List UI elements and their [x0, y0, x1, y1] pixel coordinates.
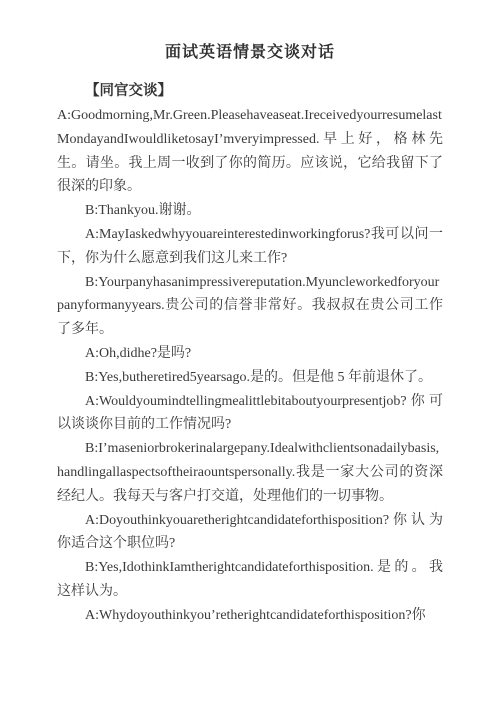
dialogue-paragraphs: A:Goodmorning,Mr.Green.Pleasehaveaseat.I… — [57, 104, 443, 628]
document-title: 面试英语情景交谈对话 — [57, 42, 443, 64]
dialogue-paragraph: B:I’maseniorbrokerinalargepany.Idealwith… — [57, 437, 443, 508]
dialogue-paragraph: B:Yourpanyhasanimpressivereputation.Myun… — [57, 271, 443, 342]
dialogue-paragraph: A:Doyouthinkyouaretherightcandidateforth… — [57, 509, 443, 557]
dialogue-paragraph: A:Oh,didhe?是吗? — [57, 342, 443, 366]
document-page: 面试英语情景交谈对话 【同官交谈】 A:Goodmorning,Mr.Green… — [0, 0, 500, 707]
dialogue-paragraph: B:Yes,IdothinkIamtherightcandidateforthi… — [57, 556, 443, 604]
dialogue-paragraph: A:Whydoyouthinkyou’retherightcandidatefo… — [57, 604, 443, 628]
dialogue-paragraph: B:Thankyou.谢谢。 — [57, 199, 443, 223]
section-header: 【同官交谈】 — [57, 78, 443, 104]
dialogue-paragraph: A:Goodmorning,Mr.Green.Pleasehaveaseat.I… — [57, 104, 443, 199]
dialogue-paragraph: A:MayIaskedwhyyouareinterestedinworkingf… — [57, 223, 443, 271]
dialogue-paragraph: A:Wouldyoumindtellingmealittlebitaboutyo… — [57, 390, 443, 438]
dialogue-paragraph: B:Yes,butheretired5yearsago.是的。但是他 5 年前退… — [57, 366, 443, 390]
document-content: 【同官交谈】 A:Goodmorning,Mr.Green.Pleasehave… — [57, 78, 443, 628]
